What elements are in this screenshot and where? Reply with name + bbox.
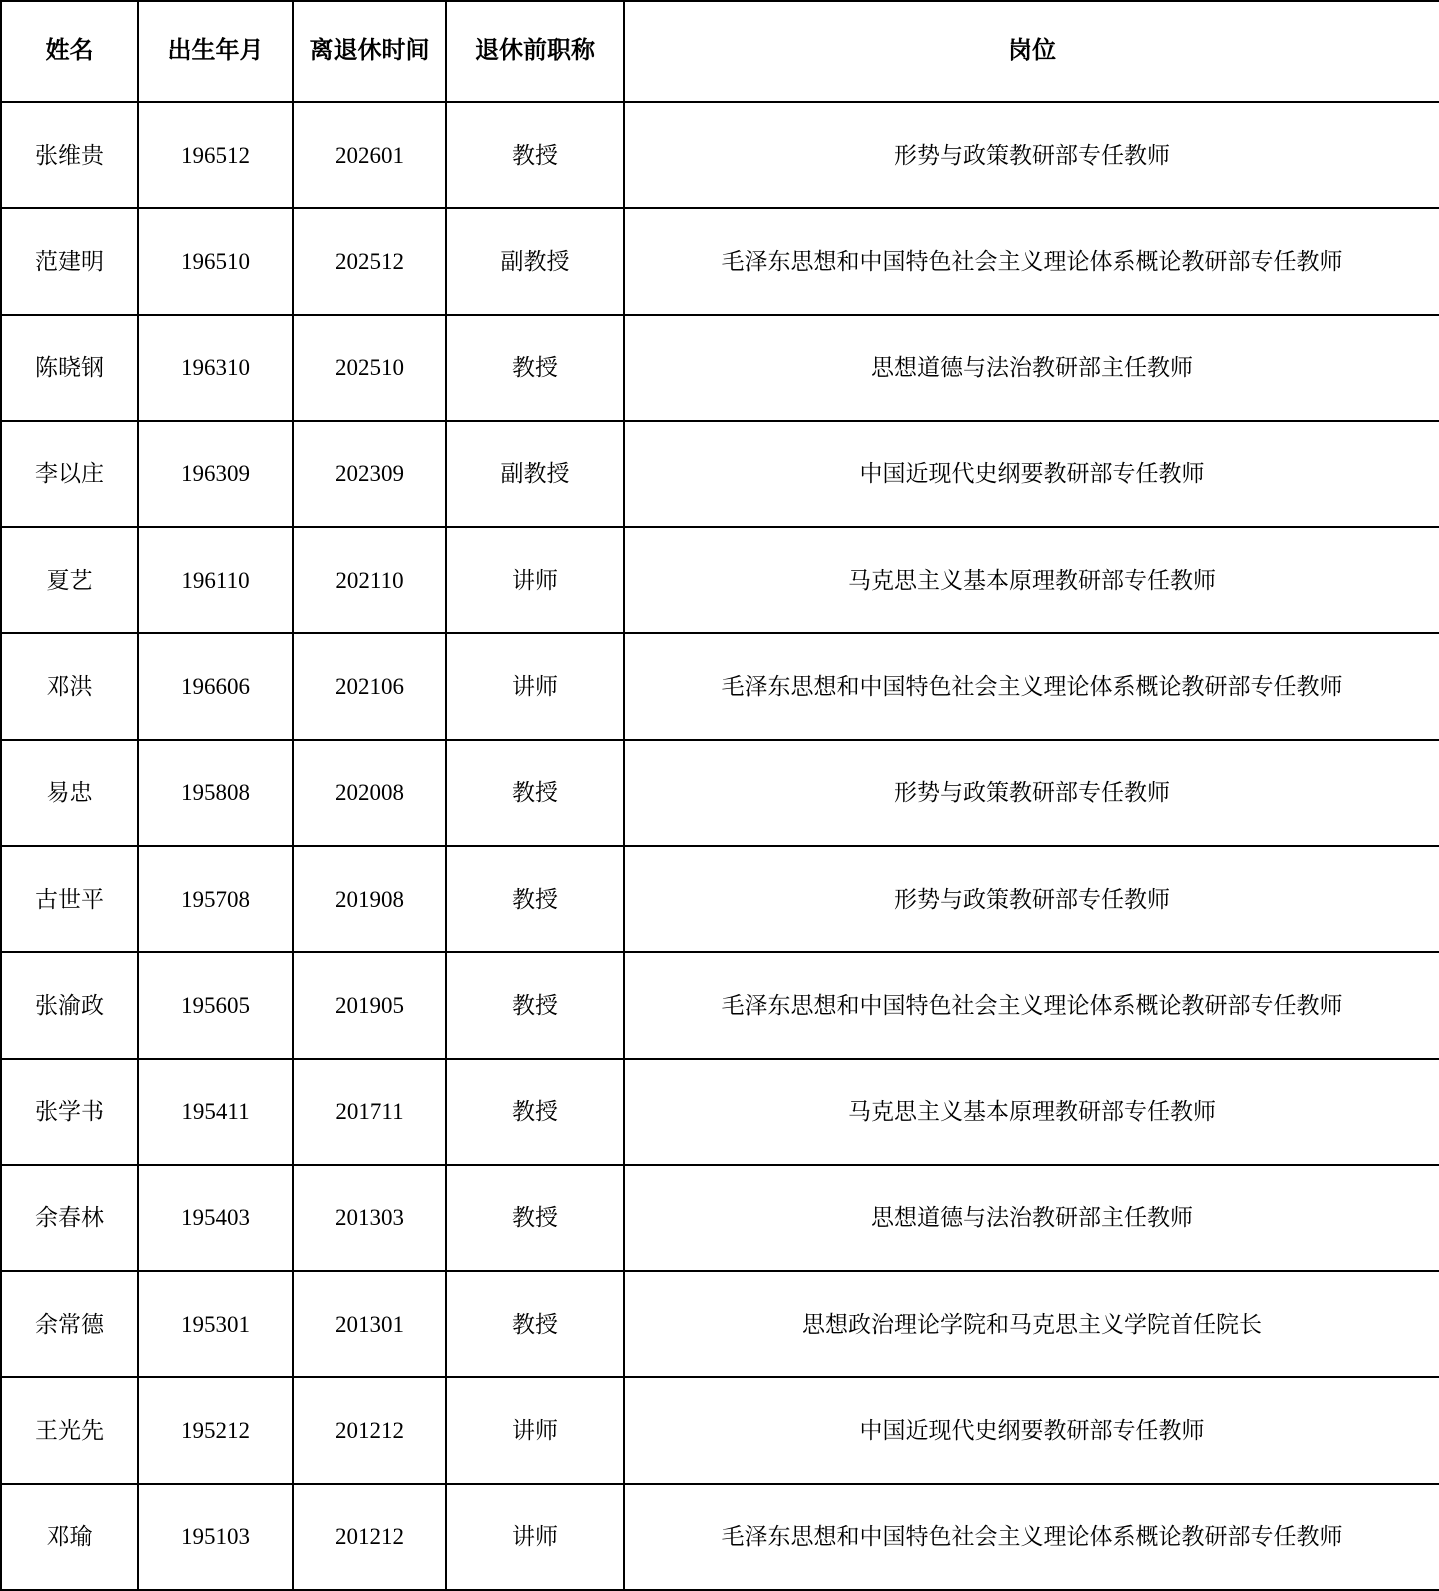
table-row: 张维贵196512202601教授形势与政策教研部专任教师 xyxy=(1,102,1439,208)
name-cell: 范建明 xyxy=(1,208,138,314)
pre-retirement-title-cell: 讲师 xyxy=(446,1377,624,1483)
birth-date-cell: 195301 xyxy=(138,1271,293,1377)
position-cell: 毛泽东思想和中国特色社会主义理论体系概论教研部专任教师 xyxy=(624,952,1439,1058)
position-cell: 形势与政策教研部专任教师 xyxy=(624,740,1439,846)
retirement-time-cell: 202512 xyxy=(293,208,446,314)
retirement-time-cell: 201212 xyxy=(293,1377,446,1483)
position-cell: 马克思主义基本原理教研部专任教师 xyxy=(624,527,1439,633)
position-cell: 形势与政策教研部专任教师 xyxy=(624,846,1439,952)
table-row: 夏艺196110202110讲师马克思主义基本原理教研部专任教师 xyxy=(1,527,1439,633)
table-row: 古世平195708201908教授形势与政策教研部专任教师 xyxy=(1,846,1439,952)
pre-retirement-title-cell: 教授 xyxy=(446,846,624,952)
table-row: 陈晓钢196310202510教授思想道德与法治教研部主任教师 xyxy=(1,315,1439,421)
column-header-pre-retirement-title: 退休前职称 xyxy=(446,1,624,102)
table-row: 邓洪196606202106讲师毛泽东思想和中国特色社会主义理论体系概论教研部专… xyxy=(1,633,1439,739)
pre-retirement-title-cell: 副教授 xyxy=(446,421,624,527)
header-row: 姓名 出生年月 离退休时间 退休前职称 岗位 xyxy=(1,1,1439,102)
column-header-name: 姓名 xyxy=(1,1,138,102)
retirement-time-cell: 202601 xyxy=(293,102,446,208)
pre-retirement-title-cell: 教授 xyxy=(446,1059,624,1165)
retirement-time-cell: 201301 xyxy=(293,1271,446,1377)
pre-retirement-title-cell: 教授 xyxy=(446,1165,624,1271)
name-cell: 张维贵 xyxy=(1,102,138,208)
pre-retirement-title-cell: 副教授 xyxy=(446,208,624,314)
pre-retirement-title-cell: 教授 xyxy=(446,315,624,421)
pre-retirement-title-cell: 教授 xyxy=(446,952,624,1058)
position-cell: 思想道德与法治教研部主任教师 xyxy=(624,315,1439,421)
birth-date-cell: 196110 xyxy=(138,527,293,633)
table-row: 余春林195403201303教授思想道德与法治教研部主任教师 xyxy=(1,1165,1439,1271)
birth-date-cell: 196310 xyxy=(138,315,293,421)
name-cell: 邓洪 xyxy=(1,633,138,739)
birth-date-cell: 195103 xyxy=(138,1484,293,1590)
name-cell: 夏艺 xyxy=(1,527,138,633)
pre-retirement-title-cell: 讲师 xyxy=(446,633,624,739)
name-cell: 邓瑜 xyxy=(1,1484,138,1590)
position-cell: 毛泽东思想和中国特色社会主义理论体系概论教研部专任教师 xyxy=(624,208,1439,314)
position-cell: 中国近现代史纲要教研部专任教师 xyxy=(624,1377,1439,1483)
table-row: 邓瑜195103201212讲师毛泽东思想和中国特色社会主义理论体系概论教研部专… xyxy=(1,1484,1439,1590)
birth-date-cell: 195212 xyxy=(138,1377,293,1483)
birth-date-cell: 196606 xyxy=(138,633,293,739)
birth-date-cell: 196510 xyxy=(138,208,293,314)
retirement-time-cell: 201303 xyxy=(293,1165,446,1271)
position-cell: 思想道德与法治教研部主任教师 xyxy=(624,1165,1439,1271)
name-cell: 李以庄 xyxy=(1,421,138,527)
name-cell: 王光先 xyxy=(1,1377,138,1483)
table-row: 余常德195301201301教授思想政治理论学院和马克思主义学院首任院长 xyxy=(1,1271,1439,1377)
column-header-birth-date: 出生年月 xyxy=(138,1,293,102)
position-cell: 毛泽东思想和中国特色社会主义理论体系概论教研部专任教师 xyxy=(624,633,1439,739)
retirement-time-cell: 202510 xyxy=(293,315,446,421)
pre-retirement-title-cell: 教授 xyxy=(446,740,624,846)
position-cell: 形势与政策教研部专任教师 xyxy=(624,102,1439,208)
retirement-time-cell: 201212 xyxy=(293,1484,446,1590)
table-row: 张渝政195605201905教授毛泽东思想和中国特色社会主义理论体系概论教研部… xyxy=(1,952,1439,1058)
position-cell: 毛泽东思想和中国特色社会主义理论体系概论教研部专任教师 xyxy=(624,1484,1439,1590)
name-cell: 陈晓钢 xyxy=(1,315,138,421)
table-row: 范建明196510202512副教授毛泽东思想和中国特色社会主义理论体系概论教研… xyxy=(1,208,1439,314)
pre-retirement-title-cell: 教授 xyxy=(446,102,624,208)
name-cell: 古世平 xyxy=(1,846,138,952)
name-cell: 余春林 xyxy=(1,1165,138,1271)
pre-retirement-title-cell: 教授 xyxy=(446,1271,624,1377)
retirement-time-cell: 201711 xyxy=(293,1059,446,1165)
position-cell: 马克思主义基本原理教研部专任教师 xyxy=(624,1059,1439,1165)
name-cell: 张学书 xyxy=(1,1059,138,1165)
retirement-time-cell: 202106 xyxy=(293,633,446,739)
position-cell: 思想政治理论学院和马克思主义学院首任院长 xyxy=(624,1271,1439,1377)
retirement-roster-table: 姓名 出生年月 离退休时间 退休前职称 岗位 张维贵196512202601教授… xyxy=(0,0,1439,1591)
birth-date-cell: 195808 xyxy=(138,740,293,846)
pre-retirement-title-cell: 讲师 xyxy=(446,1484,624,1590)
birth-date-cell: 196512 xyxy=(138,102,293,208)
position-cell: 中国近现代史纲要教研部专任教师 xyxy=(624,421,1439,527)
birth-date-cell: 196309 xyxy=(138,421,293,527)
retirement-time-cell: 202309 xyxy=(293,421,446,527)
birth-date-cell: 195403 xyxy=(138,1165,293,1271)
column-header-position: 岗位 xyxy=(624,1,1439,102)
birth-date-cell: 195411 xyxy=(138,1059,293,1165)
name-cell: 余常德 xyxy=(1,1271,138,1377)
column-header-retirement-time: 离退休时间 xyxy=(293,1,446,102)
table-row: 王光先195212201212讲师中国近现代史纲要教研部专任教师 xyxy=(1,1377,1439,1483)
retirement-time-cell: 202110 xyxy=(293,527,446,633)
name-cell: 张渝政 xyxy=(1,952,138,1058)
table-row: 张学书195411201711教授马克思主义基本原理教研部专任教师 xyxy=(1,1059,1439,1165)
birth-date-cell: 195605 xyxy=(138,952,293,1058)
retirement-time-cell: 201908 xyxy=(293,846,446,952)
name-cell: 易忠 xyxy=(1,740,138,846)
table-row: 李以庄196309202309副教授中国近现代史纲要教研部专任教师 xyxy=(1,421,1439,527)
retirement-time-cell: 201905 xyxy=(293,952,446,1058)
birth-date-cell: 195708 xyxy=(138,846,293,952)
table-row: 易忠195808202008教授形势与政策教研部专任教师 xyxy=(1,740,1439,846)
pre-retirement-title-cell: 讲师 xyxy=(446,527,624,633)
retirement-time-cell: 202008 xyxy=(293,740,446,846)
